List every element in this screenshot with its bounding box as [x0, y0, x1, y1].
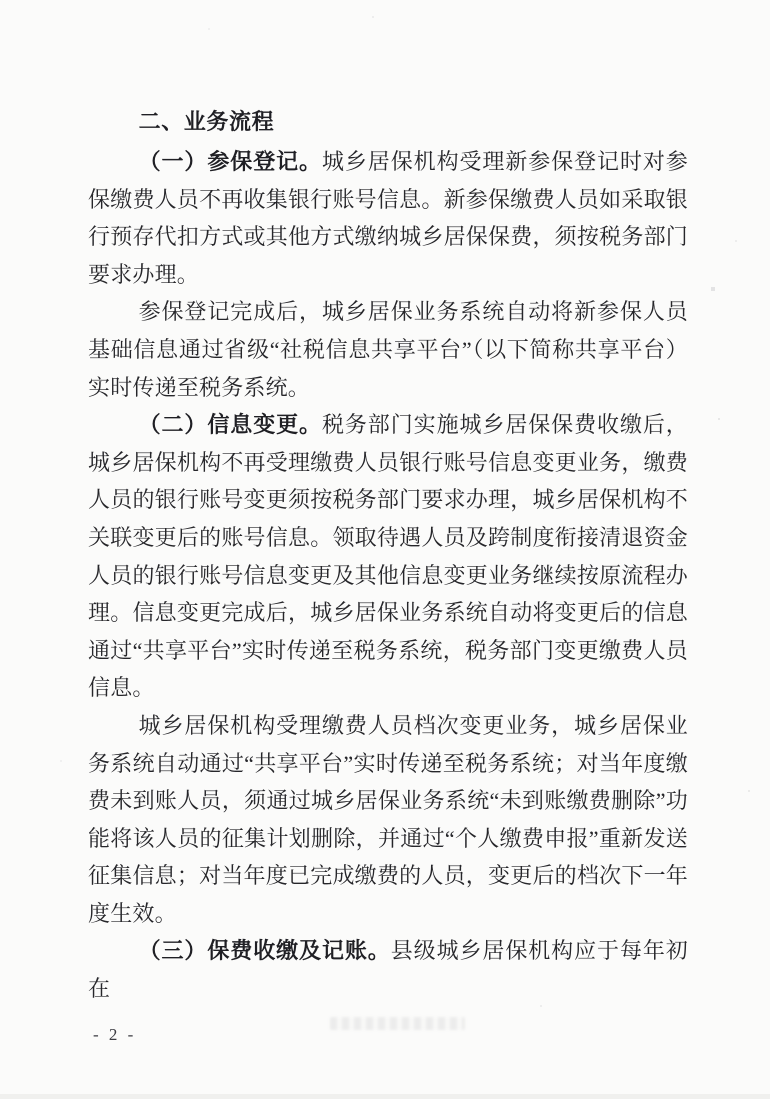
scan-bottom-edge-artifact [0, 1094, 770, 1099]
section-heading: 二、业务流程 [88, 103, 688, 141]
paragraph-tier-change: 城乡居保机构受理缴费人员档次变更业务，城乡居保业务系统自动通过“共享平台”实时传… [88, 707, 688, 933]
paragraph-text: 城乡居保机构受理缴费人员档次变更业务，城乡居保业务系统自动通过“共享平台”实时传… [88, 713, 688, 926]
scan-speckle-artifacts [0, 0, 2, 2]
paragraph-text: 参保登记完成后，城乡居保业务系统自动将新参保人员基础信息通过省级“社税信息共享平… [88, 299, 688, 399]
paragraph-lead: （二）信息变更。 [139, 412, 322, 437]
paragraph-lead: （一）参保登记。 [139, 149, 322, 174]
paragraph-registration-transfer: 参保登记完成后，城乡居保业务系统自动将新参保人员基础信息通过省级“社税信息共享平… [88, 293, 688, 406]
paragraph-premium-collection: （三）保费收缴及记账。县级城乡居保机构应于每年初在 [88, 932, 688, 1007]
paragraph-lead: （三）保费收缴及记账。 [139, 938, 391, 963]
verso-bleed-through-artifact [330, 1017, 465, 1030]
page-number: - 2 - [93, 1025, 136, 1045]
paragraph-registration: （一）参保登记。城乡居保机构受理新参保登记时对参保缴费人员不再收集银行账号信息。… [88, 143, 688, 293]
document-body: 二、业务流程 （一）参保登记。城乡居保机构受理新参保登记时对参保缴费人员不再收集… [88, 103, 688, 1008]
paragraph-info-change: （二）信息变更。税务部门实施城乡居保保费收缴后，城乡居保机构不再受理缴费人员银行… [88, 406, 688, 707]
paragraph-text: 税务部门实施城乡居保保费收缴后，城乡居保机构不再受理缴费人员银行账号信息变更业务… [88, 412, 688, 700]
scanned-document-page: 二、业务流程 （一）参保登记。城乡居保机构受理新参保登记时对参保缴费人员不再收集… [0, 0, 770, 1099]
